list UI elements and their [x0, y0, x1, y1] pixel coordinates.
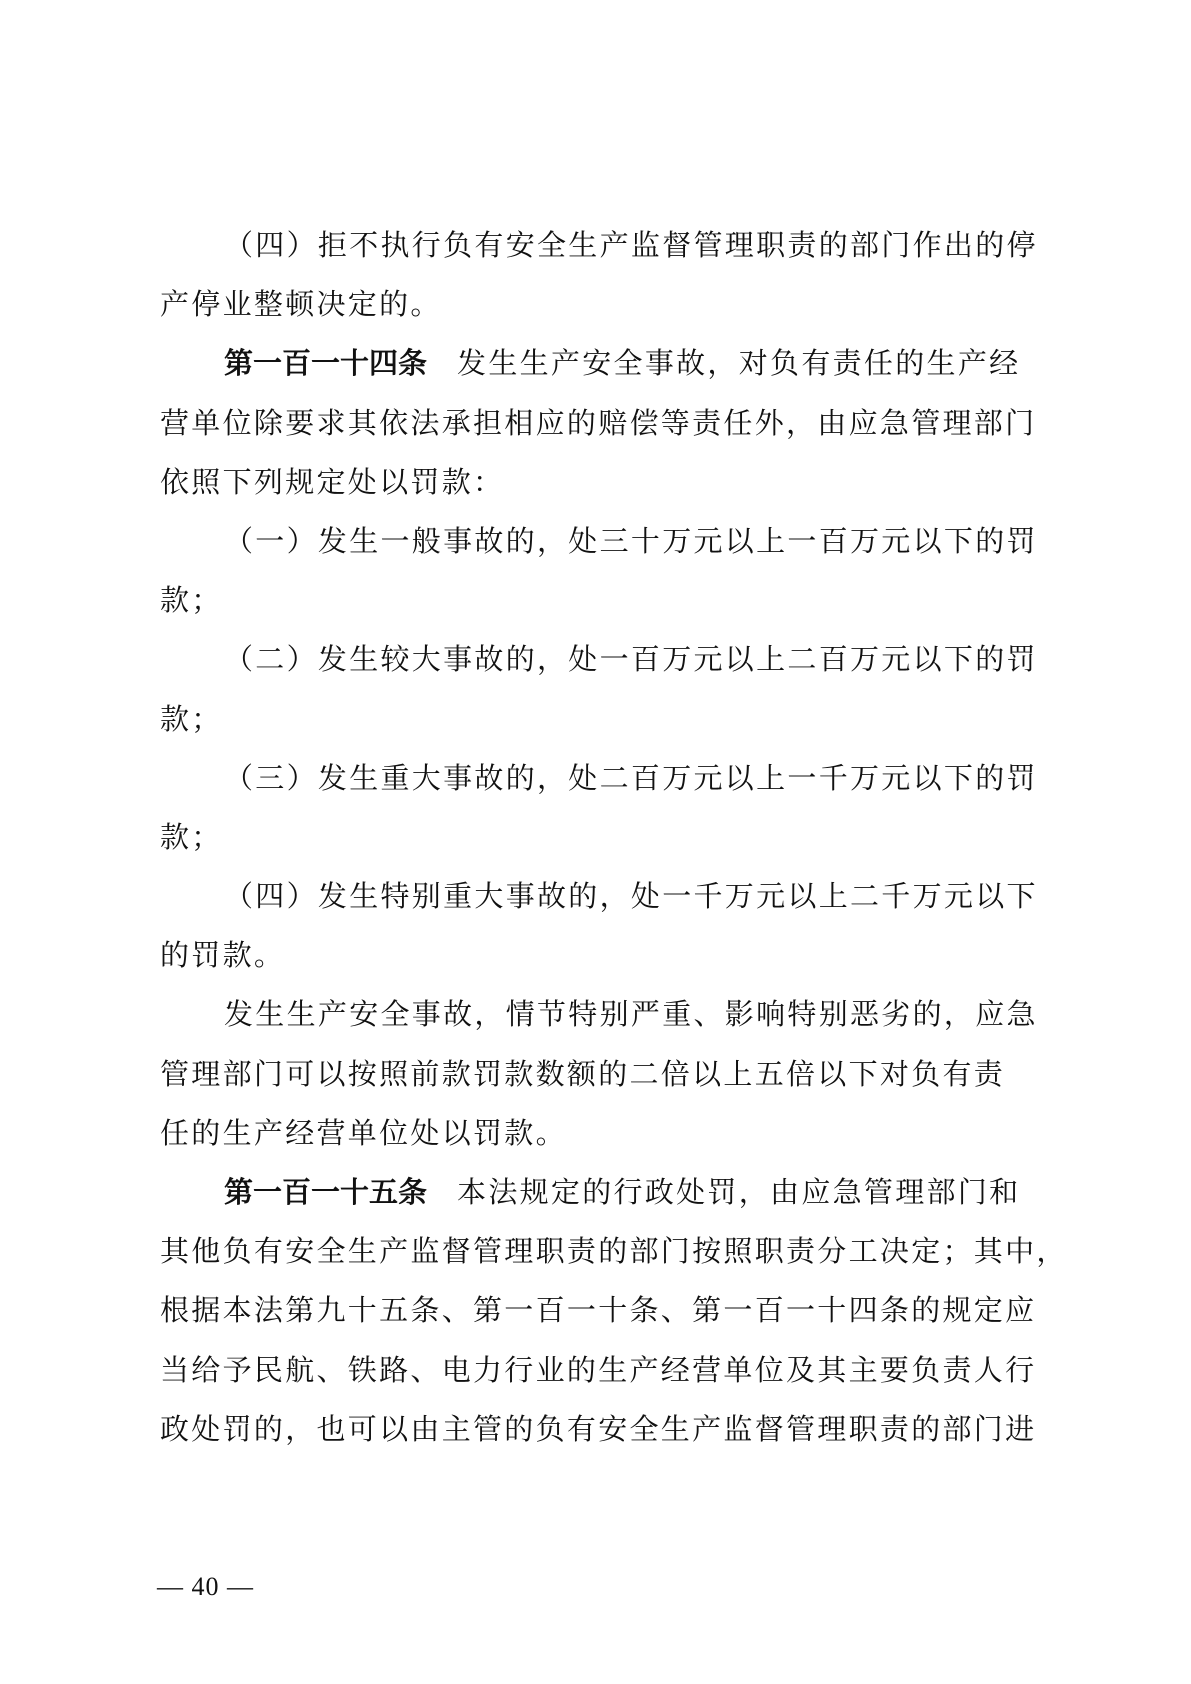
text-line: 管理部门可以按照前款罚款数额的二倍以上五倍以下对负有责 — [160, 1051, 1060, 1110]
text-line: 其他负有安全生产监督管理职责的部门按照职责分工决定；其中， — [160, 1228, 1060, 1287]
text-line: 款； — [160, 814, 1060, 873]
text-line: 营单位除要求其依法承担相应的赔偿等责任外，由应急管理部门 — [160, 400, 1060, 459]
article-heading-line: 第一百一十四条发生生产安全事故，对负有责任的生产经 — [160, 340, 1060, 399]
text-line: 产停业整顿决定的。 — [160, 281, 1060, 340]
text-line: 依照下列规定处以罚款： — [160, 459, 1060, 518]
text-line: （四）拒不执行负有安全生产监督管理职责的部门作出的停 — [160, 222, 1060, 281]
body-text: （四）拒不执行负有安全生产监督管理职责的部门作出的停 产停业整顿决定的。 第一百… — [160, 222, 1060, 1465]
text-line: 根据本法第九十五条、第一百一十条、第一百一十四条的规定应 — [160, 1287, 1060, 1346]
text-line: （二）发生较大事故的，处一百万元以上二百万元以下的罚 — [160, 636, 1060, 695]
text-line: 款； — [160, 577, 1060, 636]
text-line: 款； — [160, 696, 1060, 755]
text-line: 任的生产经营单位处以罚款。 — [160, 1110, 1060, 1169]
article-heading-line: 第一百一十五条本法规定的行政处罚，由应急管理部门和 — [160, 1169, 1060, 1228]
text-line: 发生生产安全事故，情节特别严重、影响特别恶劣的，应急 — [160, 991, 1060, 1050]
text-line: （一）发生一般事故的，处三十万元以上一百万元以下的罚 — [160, 518, 1060, 577]
article-number: 第一百一十五条 — [224, 1175, 427, 1209]
text-line: （四）发生特别重大事故的，处一千万元以上二千万元以下 — [160, 873, 1060, 932]
text-line: 政处罚的，也可以由主管的负有安全生产监督管理职责的部门进 — [160, 1406, 1060, 1465]
text-line: 的罚款。 — [160, 932, 1060, 991]
page-number: — 40 — — [157, 1572, 254, 1602]
text-line: 当给予民航、铁路、电力行业的生产经营单位及其主要负责人行 — [160, 1347, 1060, 1406]
article-number: 第一百一十四条 — [224, 346, 427, 380]
document-page: （四）拒不执行负有安全生产监督管理职责的部门作出的停 产停业整顿决定的。 第一百… — [0, 0, 1191, 1684]
text-line: （三）发生重大事故的，处二百万元以上一千万元以下的罚 — [160, 755, 1060, 814]
